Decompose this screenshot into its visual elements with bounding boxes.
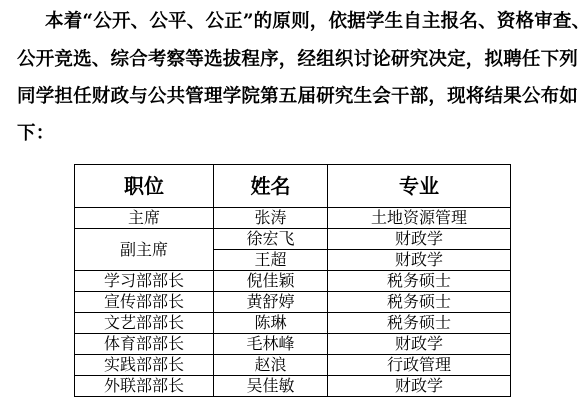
- table-row: 学习部部长 倪佳颖 税务硕士: [75, 271, 511, 292]
- cell-major: 财政学: [328, 229, 511, 250]
- header-position: 职位: [75, 165, 214, 208]
- cell-position: 实践部部长: [75, 355, 214, 376]
- cell-name: 王超: [214, 250, 328, 271]
- header-major: 专业: [328, 165, 511, 208]
- table-header-row: 职位 姓名 专业: [75, 165, 511, 208]
- cell-position: 体育部部长: [75, 334, 214, 355]
- cell-name: 徐宏飞: [214, 229, 328, 250]
- table-row: 副主席 徐宏飞 财政学: [75, 229, 511, 250]
- cell-major: 财政学: [328, 376, 511, 397]
- cell-name: 张涛: [214, 208, 328, 229]
- cell-major: 税务硕士: [328, 313, 511, 334]
- cell-major: 土地资源管理: [328, 208, 511, 229]
- cell-major: 财政学: [328, 334, 511, 355]
- table-row: 宣传部部长 黄舒婷 税务硕士: [75, 292, 511, 313]
- table-row: 实践部部长 赵浪 行政管理: [75, 355, 511, 376]
- paragraph-line-3: 同学担任财政与公共管理学院第五届研究生会干部，现将结果公布如: [17, 86, 578, 108]
- cell-name: 陈琳: [214, 313, 328, 334]
- table-row: 外联部部长 吴佳敏 财政学: [75, 376, 511, 397]
- paragraph-line-4: 下：: [17, 123, 54, 145]
- cell-major: 税务硕士: [328, 292, 511, 313]
- cell-major: 财政学: [328, 250, 511, 271]
- cell-name: 毛林峰: [214, 334, 328, 355]
- officer-roster-table: 职位 姓名 专业 主席 张涛 土地资源管理 副主席 徐宏飞 财政学 王超 财政学…: [74, 164, 511, 397]
- cell-position: 主席: [75, 208, 214, 229]
- cell-position: 外联部部长: [75, 376, 214, 397]
- table-row: 体育部部长 毛林峰 财政学: [75, 334, 511, 355]
- cell-name: 赵浪: [214, 355, 328, 376]
- cell-major: 税务硕士: [328, 271, 511, 292]
- cell-name: 吴佳敏: [214, 376, 328, 397]
- cell-position: 宣传部部长: [75, 292, 214, 313]
- paragraph-line-2: 公开竞选、综合考察等选拔程序，经组织讨论研究决定，拟聘任下列: [17, 49, 578, 71]
- table-row: 文艺部部长 陈琳 税务硕士: [75, 313, 511, 334]
- header-name: 姓名: [214, 165, 328, 208]
- paragraph-line-1: 本着“公开、公平、公正”的原则，依据学生自主报名、资格审查、: [45, 11, 579, 33]
- cell-major: 行政管理: [328, 355, 511, 376]
- cell-name: 倪佳颖: [214, 271, 328, 292]
- cell-position: 学习部部长: [75, 271, 214, 292]
- cell-name: 黄舒婷: [214, 292, 328, 313]
- cell-position: 文艺部部长: [75, 313, 214, 334]
- table-row: 主席 张涛 土地资源管理: [75, 208, 511, 229]
- cell-position: 副主席: [75, 229, 214, 271]
